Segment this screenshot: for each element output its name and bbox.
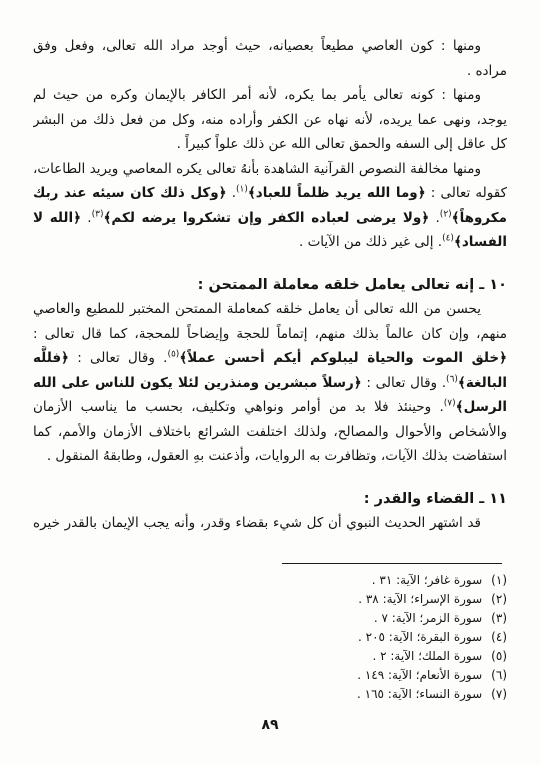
text-line: ومنها : كونه تعالى يأمر بما يكره، لأنه أ… [33, 83, 507, 108]
footnote-number: (٢) [491, 590, 507, 609]
footnote-text: سورة البقرة؛ الآية: ٢٠٥ . [358, 630, 482, 644]
quran-verse: ﴿خلق الموت والحياة ليبلوكم أيكم أحسن عمل… [179, 350, 507, 366]
text-segment: . [429, 210, 440, 226]
footnote-text: سورة الإسراء؛ الآية: ٣٨ . [358, 592, 482, 606]
footnote-number: (١) [491, 571, 507, 590]
text-line: والأشخاص والأحوال والمصالح، ولذلك اختلفت… [33, 420, 507, 445]
text-segment: كقوله تعالى : [426, 185, 507, 201]
text-line: مراده . [33, 59, 507, 84]
text-segment: يوجد، ونهى عما يريده، لأنه نهاه عن الكفر… [33, 112, 507, 133]
text-line: الرسل﴾(٧). وحينئذ فلا بد من أوامر ونواهي… [33, 395, 507, 420]
text-segment: يحسن من الله تعالى أن يعامل خلقه كمعاملة… [33, 301, 481, 317]
text-line: كقوله تعالى : ﴿وما الله يريد ظلماً للعبا… [33, 181, 507, 206]
footnote-marker: (٧) [444, 399, 456, 409]
footnote-text: سورة الملك؛ الآية: ٢ . [372, 649, 482, 663]
text-line: قد اشتهر الحديث النبوي أن كل شيء بقضاء و… [33, 511, 507, 536]
text-segment: استفاضت بذلك الآيات، وتظافرت به الروايات… [47, 448, 507, 464]
text-body: ومنها : كون العاصي مطيعاً بعصيانه، حيث أ… [33, 34, 507, 536]
quran-verse: البالغة﴾ [458, 375, 507, 391]
footnotes-list: (١)سورة غافر؛ الآية: ٣١ .(٢)سورة الإسراء… [33, 571, 507, 704]
text-segment: والأشخاص والأحوال والمصالح، ولذلك اختلفت… [33, 424, 507, 440]
text-line: ومنها مخالفة النصوص القرآنية الشاهدة بأن… [33, 157, 507, 182]
text-segment: . إلى غير ذلك من الآيات . [299, 234, 442, 250]
text-line: منهم، وإن كان عالماً بذلك منهم، إتماماً … [33, 322, 507, 347]
text-segment: مراده . [467, 63, 507, 79]
text-line: البالغة﴾(٦). وقال تعالى : ﴿رسلاً مبشرين … [33, 371, 507, 396]
text-segment: قد اشتهر الحديث النبوي أن كل شيء بقضاء و… [33, 515, 481, 531]
footnote-marker: (٣) [92, 209, 104, 219]
section-heading: ١١ ـ القضاء والقدر : [33, 487, 507, 512]
footnote: (٥)سورة الملك؛ الآية: ٢ . [33, 647, 507, 666]
footnote-marker: (٦) [446, 374, 458, 384]
footnote-divider [282, 563, 502, 564]
text-segment: . وقال تعالى : [362, 375, 446, 391]
footnote: (٤)سورة البقرة؛ الآية: ٢٠٥ . [33, 628, 507, 647]
footnote-number: (٧) [491, 685, 507, 704]
text-segment: ومنها مخالفة النصوص القرآنية الشاهدة بأن… [33, 161, 481, 177]
footnote: (٧)سورة النساء؛ الآية: ١٦٥ . [33, 685, 507, 704]
quran-verse: الرسل﴾ [456, 399, 507, 415]
footnote-number: (٣) [491, 609, 507, 628]
section-heading: ١٠ ـ إنه تعالى يعامل خلقه معاملة الممتحن… [33, 273, 507, 298]
footnote: (٣)سورة الزمر؛ الآية: ٧ . [33, 609, 507, 628]
text-segment: . وحينئذ فلا بد من أوامر ونواهي وتكليف، … [33, 399, 444, 415]
text-segment: . [227, 185, 236, 201]
quran-verse: ﴿وما الله يريد ظلماً للعباد﴾ [248, 185, 426, 201]
text-segment: . وقال تعالى : [69, 350, 167, 366]
footnote-text: سورة غافر؛ الآية: ٣١ . [372, 573, 482, 587]
footnote: (١)سورة غافر؛ الآية: ٣١ . [33, 571, 507, 590]
text-segment: ومنها : كون العاصي مطيعاً بعصيانه، حيث أ… [33, 38, 481, 54]
quran-verse: ﴿وكل ذلك كان سيئه عند ربك [33, 185, 227, 201]
text-line: ﴿خلق الموت والحياة ليبلوكم أيكم أحسن عمل… [33, 346, 507, 371]
text-segment: كل عاقل إلى السفه والحمق تعالى الله عن ذ… [177, 136, 507, 152]
text-line: ومنها : كون العاصي مطيعاً بعصيانه، حيث أ… [33, 34, 507, 59]
text-line: الفساد﴾(٤). إلى غير ذلك من الآيات . [33, 230, 507, 255]
footnote-text: سورة النساء؛ الآية: ١٦٥ . [357, 687, 482, 701]
footnote-number: (٤) [491, 628, 507, 647]
text-segment: . [81, 210, 92, 226]
book-page: ومنها : كون العاصي مطيعاً بعصيانه، حيث أ… [0, 0, 540, 765]
footnote-number: (٦) [491, 666, 507, 685]
footnote-text: سورة الزمر؛ الآية: ٧ . [374, 611, 482, 625]
quran-verse: ﴿ولا يرضى لعباده الكفر وإن تشكروا يرضه ل… [103, 210, 429, 226]
footnote: (٦)سورة الأنعام؛ الآية: ١٤٩ . [33, 666, 507, 685]
footnote: (٢)سورة الإسراء؛ الآية: ٣٨ . [33, 590, 507, 609]
footnote-marker: (٢) [440, 209, 452, 219]
footnote-marker: (١) [236, 185, 248, 195]
footnote-marker: (٤) [442, 234, 454, 244]
quran-verse: الفساد﴾ [454, 234, 507, 250]
text-line: يوجد، ونهى عما يريده، لأنه نهاه عن الكفر… [33, 108, 507, 133]
text-line: يحسن من الله تعالى أن يعامل خلقه كمعاملة… [33, 297, 507, 322]
page-number: ٨٩ [33, 717, 507, 733]
text-line: استفاضت بذلك الآيات، وتظافرت به الروايات… [33, 444, 507, 469]
footnote-text: سورة الأنعام؛ الآية: ١٤٩ . [357, 668, 482, 682]
footnote-number: (٥) [491, 647, 507, 666]
text-line: كل عاقل إلى السفه والحمق تعالى الله عن ذ… [33, 132, 507, 157]
quran-verse: مكروهاً﴾ [452, 210, 507, 226]
text-segment: منهم، وإن كان عالماً بذلك منهم، إتماماً … [33, 326, 507, 342]
text-line: مكروهاً﴾(٢). ﴿ولا يرضى لعباده الكفر وإن … [33, 206, 507, 231]
text-segment: ومنها : كونه تعالى يأمر بما يكره، لأنه أ… [33, 87, 481, 103]
footnote-marker: (٥) [167, 350, 179, 360]
